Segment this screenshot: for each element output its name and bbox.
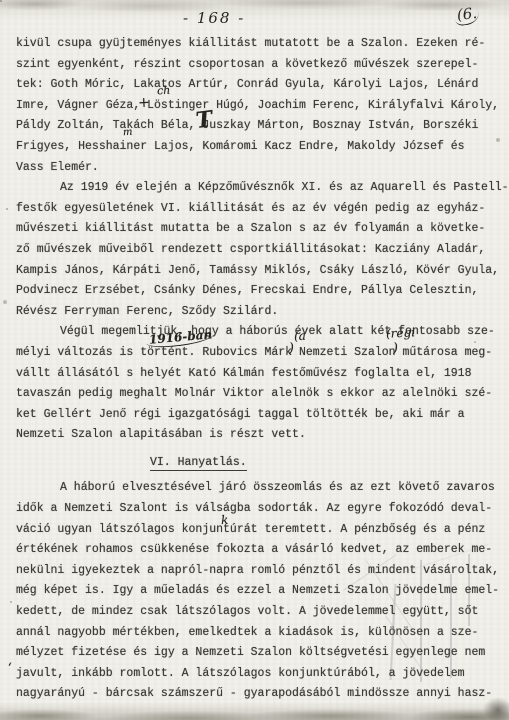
text-line: kedett, de mindez csak látszólagos volt.… xyxy=(16,602,502,623)
handwritten-annotation: T xyxy=(194,106,213,134)
paper-specks xyxy=(0,0,2,2)
handwritten-annotation: + xyxy=(138,95,151,112)
text-line: A háború elvesztésével járó összeomlás é… xyxy=(16,478,502,499)
text-line: ket Gellért Jenő régi igazgatósági tagga… xyxy=(16,405,502,426)
text-line: Frigyes, Hesshainer Lajos, Komáromi Kacz… xyxy=(16,137,502,158)
text-line: értékének rohamos csükkenése fokozta a v… xyxy=(16,540,502,561)
text-line: vállt állásától s helyét Kató Kálmán fes… xyxy=(16,364,502,385)
text-line: még képet is. Igy a műeladás és ezzel a … xyxy=(16,581,502,602)
text-line: Vass Elemér. xyxy=(16,158,502,179)
text-line: szint egyenként, részint csoportosan a k… xyxy=(16,55,502,76)
text-line: kivül csupa gyüjteményes kiállitást muta… xyxy=(16,34,502,55)
text-line: Nemzeti Szalon alapitásában is részt vet… xyxy=(16,425,502,446)
text-line: Podvinecz Erzsébet, Csánky Dénes, Frecsk… xyxy=(16,281,502,302)
corner-number: (6. xyxy=(454,4,480,26)
text-line: tavaszán pedig meghalt Molnár Viktor ale… xyxy=(16,384,502,405)
text-line: Imre, Vágner Géza, Löstinger Húgó, Joach… xyxy=(16,96,502,117)
text-line: mélyi változás is történt. Rubovics Márk… xyxy=(16,343,502,364)
handwritten-annotation: ) xyxy=(393,341,399,356)
scan-edge-top xyxy=(0,0,509,20)
handwritten-annotation: k xyxy=(221,513,229,527)
text-line: annál nagyobb mértékben, emelkedtek a ki… xyxy=(16,623,502,644)
text-line: váció ugyan látszólagos konjuntúrát tere… xyxy=(16,520,502,541)
text-line: nagyarányú - bárcsak számszerű - gyarapo… xyxy=(16,684,502,705)
text-line: művészeti kiállitást mutatta be a Szalon… xyxy=(16,219,502,240)
text-line: Páldy Zoltán, Takách Béla, Juszkay Márto… xyxy=(16,116,502,137)
text-line: Az 1919 év elején a Képzőművésznők XI. é… xyxy=(16,178,502,199)
text-line: Kampis János, Kárpáti Jenő, Tamássy Mikl… xyxy=(16,261,502,282)
text-line: nekülni igyekeztek a napról-napra romló … xyxy=(16,561,502,582)
text-line: javult, inkább romlott. A látszólagos ko… xyxy=(16,664,502,685)
handwritten-annotation: ch xyxy=(157,84,171,98)
text-line: festők egyesületének VI. kiállitását és … xyxy=(16,199,502,220)
text-line: idők a Nemzeti Szalont is válságba sodor… xyxy=(16,499,502,520)
text-line: Révész Ferryman Ferenc, Sződy Szilárd. xyxy=(16,302,502,323)
page-number: - 168 - xyxy=(183,9,245,27)
document-page: - 168 - (6. kivül csupa gyüjteményes kiá… xyxy=(0,0,509,720)
handwritten-annotation: m xyxy=(123,127,133,138)
section-heading: VI. Hanyatlás. xyxy=(150,453,502,474)
text-line: Végül megemlitjük, hogy a háborús évek a… xyxy=(16,322,502,343)
handwritten-annotation: ʻ xyxy=(8,661,13,676)
text-line: tek: Goth Móric, Lakatos Artúr, Conrád G… xyxy=(16,75,502,96)
text-line: ző művészek műveiből rendezett csportkiá… xyxy=(16,240,502,261)
text-line: mélyzet fizetése és igy a Nemzeti Szalon… xyxy=(16,643,502,664)
handwritten-annotation: (régi xyxy=(386,325,416,341)
handwritten-annotation: (a xyxy=(294,329,307,344)
typed-text-body: kivül csupa gyüjteményes kiállitást muta… xyxy=(16,34,502,705)
